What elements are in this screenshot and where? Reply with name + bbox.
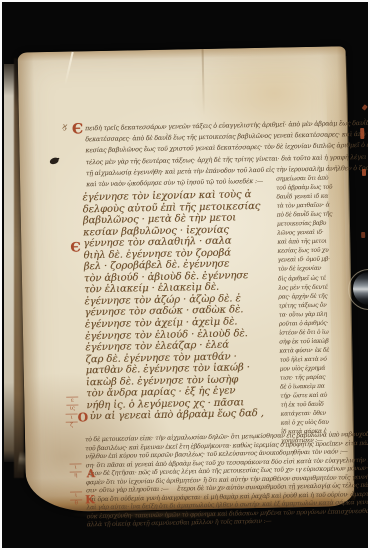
margin-section-number: ι θ (70, 491, 82, 506)
photo-frame: πειδὴ τρεῖς δεκατεσσάρων γενεῶν τάξεις ὁ… (0, 0, 370, 550)
rubric-initial-kappa: Κ (85, 493, 95, 506)
number-bottom: ζ (66, 421, 78, 429)
margin-gloss-column: σημείωσαι ὅτι ἀπὸτοῦ ἀβραὰμ ἕως τοῦδαυῒδ… (276, 173, 367, 446)
margin-section-number: ι η (70, 463, 82, 478)
number-bottom: η (70, 471, 82, 479)
number-bottom: θ (70, 499, 82, 507)
corner-crease (64, 52, 74, 86)
red-edge-mark (362, 169, 366, 176)
red-edge-mark (360, 128, 364, 139)
page-holder-clip (353, 272, 370, 305)
margin-siglum: ϗ (62, 122, 67, 131)
rubric-initial-omicron: Ο (77, 410, 88, 424)
red-edge-mark (362, 104, 368, 110)
rubric-initial-epsilon-main: Є (70, 240, 81, 255)
manuscript-photo-stage: πειδὴ τρεῖς δεκατεσσάρων γενεῶν τάξεις ὁ… (0, 0, 370, 550)
rubric-initial-epsilon-top: Є (72, 121, 83, 137)
number-bottom: ις (66, 404, 78, 412)
bottom-gloss-block: τὸ δὲ μετοικεσίαν εἶπε· τὴν αἰχμαλωσίαν … (85, 431, 370, 531)
red-edge-mark (361, 232, 365, 238)
manuscript-page: πειδὴ τρεῖς δεκατεσσάρων γενεῶν τάξεις ὁ… (18, 46, 355, 512)
margin-section-number: ε ις (66, 396, 78, 411)
margin-section-number: ι ζ (66, 413, 78, 428)
fold-crease (202, 49, 205, 115)
ink-blot (49, 157, 59, 165)
rubric-initial-alpha: Α (87, 467, 96, 480)
main-text-block: ἐγέννησε τὸν ἰεχονίαν καὶ τοὺς ἀδελφοὺς … (82, 189, 272, 423)
text-line: ὖν αἱ γενεαὶ ἀπὸ ἀβραὰμ ἕως δαδ , (87, 408, 273, 423)
